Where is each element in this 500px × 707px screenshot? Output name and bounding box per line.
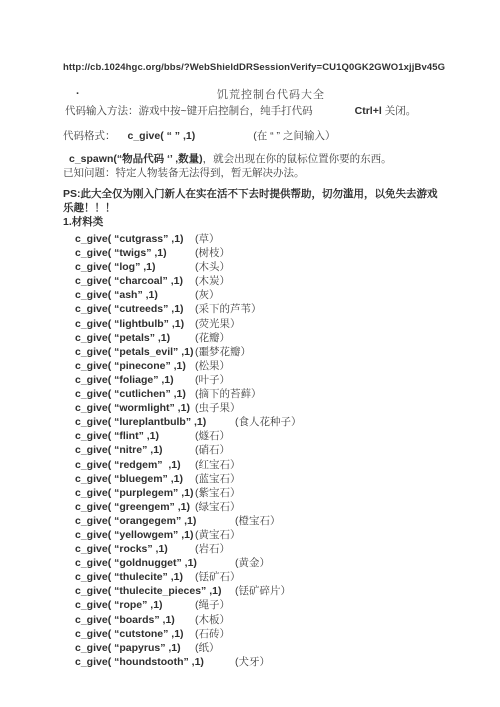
command-note: (燧石） — [195, 430, 230, 442]
format-label: 代码格式： — [63, 130, 116, 142]
command-note: (食人花种子） — [235, 416, 302, 428]
command-code: c_give( “bluegem” ,1) — [75, 473, 183, 485]
command-row: c_give( “bluegem” ,1) (蓝宝石） — [75, 472, 443, 486]
command-note: (噩梦花瓣） — [195, 346, 251, 358]
command-note: (铥矿石） — [195, 571, 241, 583]
format-note: (在 “ ” 之间输入） — [253, 130, 335, 142]
command-note: (硝石） — [195, 444, 230, 456]
command-code: c_give( “purplegem” ,1) — [75, 487, 193, 499]
command-note: (树枝） — [195, 247, 230, 259]
command-row: c_give( “nitre” ,1) (硝石） — [75, 443, 443, 457]
document-url: http://cb.1024hgc.org/bbs/?WebShieldDRSe… — [63, 62, 443, 74]
command-code: c_give( “thulecite” ,1) — [75, 571, 183, 583]
command-note: (叶子） — [195, 374, 230, 386]
command-row: c_give( “papyrus” ,1) (纸） — [75, 641, 443, 655]
input-method-line: 代码输入方法：游戏中按~键开启控制台，纯手打代码Ctrl+l关闭。 — [63, 104, 443, 118]
command-row: c_give( “log” ,1) (木头） — [75, 260, 443, 274]
command-code: c_give( “log” ,1) — [75, 261, 156, 273]
command-code: c_give( “lightbulb” ,1) — [75, 318, 184, 330]
spawn-command-line: c_spawn(“物品代码 ‘’ ,数量)，就会出现在你的鼠标位置你要的东西。 — [63, 152, 443, 166]
command-row: c_give( “purplegem” ,1) (紫宝石） — [75, 486, 443, 500]
command-note: (橙宝石） — [235, 515, 281, 527]
document-scan: { "colors": { "background": "#ffffff", "… — [0, 0, 500, 707]
document-page: http://cb.1024hgc.org/bbs/?WebShieldDRSe… — [63, 62, 443, 669]
command-note: (摘下的苔藓） — [195, 388, 262, 400]
command-code: c_give( “wormlight” ,1) — [75, 402, 190, 414]
command-note: (犬牙） — [235, 656, 270, 668]
command-note: (黄金） — [235, 557, 270, 569]
command-row: c_give( “boards” ,1) (木板） — [75, 613, 443, 627]
spawn-description: ，就会出现在你的鼠标位置你要的东西。 — [203, 153, 392, 165]
command-row: c_give( “ash” ,1) (灰） — [75, 288, 443, 302]
command-code: c_give( “cutreeds” ,1) — [75, 303, 184, 315]
command-code: c_give( “flint” ,1) — [75, 430, 159, 442]
command-code: c_give( “lureplantbulb” ,1) — [75, 416, 206, 428]
command-code: c_give( “houndstooth” ,1) — [75, 656, 204, 668]
command-note: (采下的芦苇） — [195, 303, 262, 315]
command-row: c_give( “twigs” ,1) (树枝） — [75, 246, 443, 260]
command-row: c_give( “foliage” ,1) (叶子） — [75, 373, 443, 387]
command-row: c_give( “cutstone” ,1) (石砖） — [75, 627, 443, 641]
command-row: c_give( “cutlichen” ,1) (摘下的苔藓） — [75, 387, 443, 401]
section-title-materials: 1.材料类 — [63, 215, 443, 229]
command-row: c_give( “thulecite_pieces” ,1) (铥矿碎片） — [75, 584, 443, 598]
command-note: (纸） — [195, 642, 220, 654]
command-code: c_give( “twigs” ,1) — [75, 247, 167, 259]
command-row: c_give( “houndstooth” ,1) (犬牙） — [75, 655, 443, 669]
list-bullet: · — [76, 87, 80, 101]
input-method-text: 代码输入方法：游戏中按~键开启控制台，纯手打代码 — [65, 105, 313, 117]
command-row: c_give( “redgem” ,1) (红宝石） — [75, 458, 443, 472]
command-code: c_give( “petals_evil” ,1) — [75, 346, 193, 358]
command-note: (绿宝石） — [195, 501, 241, 513]
command-note: (松果） — [195, 360, 230, 372]
command-row: c_give( “greengem” ,1) (绿宝石） — [75, 500, 443, 514]
command-row: c_give( “lightbulb” ,1) (荧光果） — [75, 317, 443, 331]
command-code: c_give( “cutgrass” ,1) — [75, 233, 184, 245]
known-issue-line: 已知问题：特定人物装备无法得到，暂无解决办法。 — [63, 166, 443, 180]
command-note: (红宝石） — [195, 459, 241, 471]
title-row: · 饥荒控制台代码大全 — [63, 88, 443, 102]
code-format-line: 代码格式：c_give( “ ” ,1)(在 “ ” 之间输入） — [63, 129, 443, 143]
command-code: c_give( “papyrus” ,1) — [75, 642, 181, 654]
command-row: c_give( “goldnugget” ,1) (黄金） — [75, 556, 443, 570]
command-note: (铥矿碎片） — [235, 585, 291, 597]
command-code: c_give( “orangegem” ,1) — [75, 515, 196, 527]
command-row: c_give( “petals” ,1) (花瓣） — [75, 331, 443, 345]
command-list: c_give( “cutgrass” ,1) (草）c_give( “twigs… — [63, 232, 443, 669]
command-row: c_give( “yellowgem” ,1) (黄宝石） — [75, 528, 443, 542]
command-code: c_give( “cutstone” ,1) — [75, 628, 184, 640]
command-code: c_give( “cutlichen” ,1) — [75, 388, 186, 400]
command-note: (木板） — [195, 614, 230, 626]
command-row: c_give( “rocks” ,1) (岩石） — [75, 542, 443, 556]
command-note: (石砖） — [195, 628, 230, 640]
command-row: c_give( “rope” ,1) (绳子） — [75, 598, 443, 612]
command-note: (花瓣） — [195, 332, 230, 344]
command-row: c_give( “charcoal” ,1) (木炭） — [75, 274, 443, 288]
command-note: (虫子果） — [195, 402, 241, 414]
command-note: (蓝宝石） — [195, 473, 241, 485]
command-note: (荧光果） — [195, 318, 241, 330]
command-code: c_give( “nitre” ,1) — [75, 444, 163, 456]
command-row: c_give( “cutreeds” ,1) (采下的芦苇） — [75, 302, 443, 316]
command-code: c_give( “goldnugget” ,1) — [75, 557, 197, 569]
command-note: (绳子） — [195, 599, 230, 611]
command-code: c_give( “rope” ,1) — [75, 599, 163, 611]
format-code-sample: c_give( “ ” ,1) — [128, 130, 196, 142]
command-row: c_give( “thulecite” ,1) (铥矿石） — [75, 570, 443, 584]
command-note: (草） — [195, 233, 220, 245]
command-code: c_give( “petals” ,1) — [75, 332, 170, 344]
command-code: c_give( “greengem” ,1) — [75, 501, 190, 513]
command-code: c_give( “thulecite_pieces” ,1) — [75, 585, 221, 597]
command-note: (岩石） — [195, 543, 230, 555]
command-code: c_give( “ash” ,1) — [75, 289, 158, 301]
command-row: c_give( “wormlight” ,1) (虫子果） — [75, 401, 443, 415]
command-row: c_give( “cutgrass” ,1) (草） — [75, 232, 443, 246]
close-shortcut-suffix: 关闭。 — [385, 105, 417, 117]
command-code: c_give( “yellowgem” ,1) — [75, 529, 193, 541]
command-code: c_give( “boards” ,1) — [75, 614, 175, 626]
command-code: c_give( “charcoal” ,1) — [75, 275, 183, 287]
command-note: (黄宝石） — [195, 529, 241, 541]
ps-warning-note: PS:此大全仅为刚入门新人在实在活不下去时提供帮助，切勿滥用，以免失去游戏乐趣！… — [63, 187, 443, 215]
command-row: c_give( “pinecone” ,1) (松果） — [75, 359, 443, 373]
spawn-code-sample: c_spawn(“物品代码 ‘’ ,数量) — [69, 153, 203, 165]
command-row: c_give( “orangegem” ,1) (橙宝石） — [75, 514, 443, 528]
command-code: c_give( “pinecone” ,1) — [75, 360, 186, 372]
command-row: c_give( “petals_evil” ,1) (噩梦花瓣） — [75, 345, 443, 359]
command-row: c_give( “lureplantbulb” ,1) (食人花种子） — [75, 415, 443, 429]
page-title: 饥荒控制台代码大全 — [217, 89, 325, 101]
command-note: (紫宝石） — [195, 487, 241, 499]
command-note: (灰） — [195, 289, 220, 301]
command-note: (木炭） — [195, 275, 230, 287]
command-code: c_give( “redgem” ,1) — [75, 459, 181, 471]
command-code: c_give( “foliage” ,1) — [75, 374, 174, 386]
command-note: (木头） — [195, 261, 230, 273]
close-shortcut-key: Ctrl+l — [355, 105, 382, 117]
command-row: c_give( “flint” ,1) (燧石） — [75, 429, 443, 443]
command-code: c_give( “rocks” ,1) — [75, 543, 168, 555]
